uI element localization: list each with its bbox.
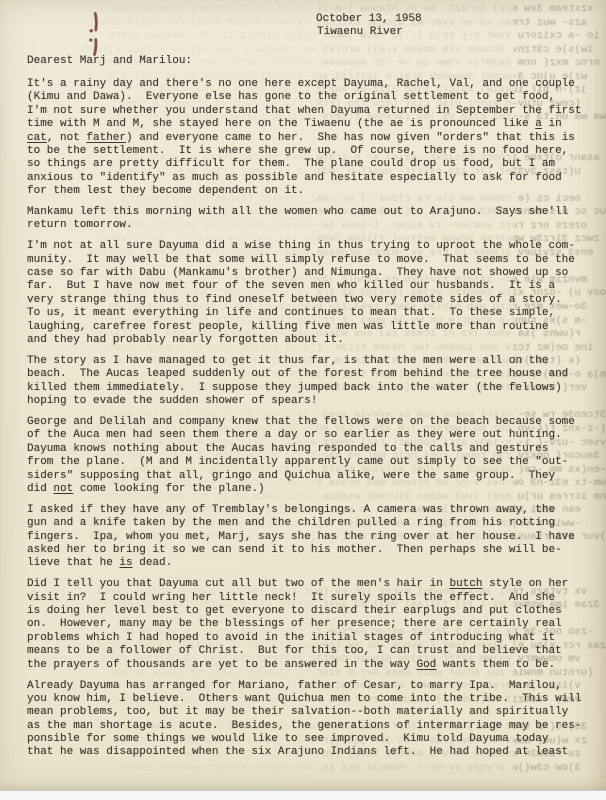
letter-line: problems which I had hoped to avoid in t… [27,632,593,645]
letter-line: return tomorrow. [27,219,593,232]
letter-line: time with M and M, she stayed here on th… [27,118,593,131]
letter-line: killed them immediately. I suppose they … [27,382,593,395]
letter-line: beach. The Aucas leaped suddenly out of … [27,368,593,381]
letter-line: gun and a knife taken by the men and the… [27,517,593,530]
letter-line: Mankamu left this morning with all the w… [27,206,593,219]
letter-line: It's a rainy day and there's no one here… [27,78,593,91]
paragraph: Already Dayuma has arranged for Mariano,… [27,680,593,760]
letter-line: anxious to "identify" as much as possibl… [27,172,593,185]
paragraph: It's a rainy day and there's no one here… [27,78,593,199]
letter-line: from the plane. (M and M incidentally ap… [27,456,593,469]
letter-line: is doing her level best to get everyone … [27,605,593,618]
letter-line: for them lest they become dependent on i… [27,185,593,198]
letter-line: visit in? I could wring her little neck!… [27,592,593,605]
letter-line: and they had probably nearly forgotten a… [27,334,593,347]
letter-line: you know him, I believe. Others want Qui… [27,693,593,706]
letter-line: The story as I have managed to get it th… [27,355,593,368]
letter-line: mean problems, too, but it may be their … [27,706,593,719]
letter-line: I'm not sure whether you understand that… [27,105,593,118]
letter-line: to be the settlement. It is where she gr… [27,145,593,158]
letter-line: ponsible for some things we would like t… [27,733,593,746]
letter-date: October 13, 1958 [316,13,422,25]
paragraph: George and Delilah and company knew that… [27,416,593,496]
letter-line: so things are pretty difficult for them.… [27,158,593,171]
letter-line: hoping to evade the sudden shower of spe… [27,395,593,408]
paragraph: Did I tell you that Dayuma cut all but t… [27,578,593,672]
letter-line: Did I tell you that Dayuma cut all but t… [27,578,593,591]
letter-paper: xzxteam 3xw mc() sn-az3- ow nt ntauuw )-… [0,0,606,790]
letter-line: the prayers of thousands are yet to be a… [27,659,593,672]
letter-line: I asked if they have any of Tremblay's b… [27,504,593,517]
letter-line: I'm not at all sure Dayuma did a wise th… [27,240,593,253]
letter-line: munity. It may well be that some will si… [27,254,593,267]
letter-line: siders" supposing that all, gringo and Q… [27,470,593,483]
letter-line: asked her to bring it so we can send it … [27,544,593,557]
letter-line: Dayuma knows nothing about the Aucas hav… [27,443,593,456]
letter-salutation: Dearest Marj and Marilou: [27,55,192,67]
paragraph: I asked if they have any of Tremblay's b… [27,504,593,571]
letter-line: on. However, many may be the blessings o… [27,618,593,631]
letter-line: Already Dayuma has arranged for Mariano,… [27,680,593,693]
paragraph: The story as I have managed to get it th… [27,355,593,409]
letter-line: case so far with Dabu (Mankamu's brother… [27,267,593,280]
letter-line: lieve that he is dead. [27,557,593,570]
letter-line: means to be a follower of Christ. But fo… [27,645,593,658]
paragraph: Mankamu left this morning with all the w… [27,206,593,233]
scan-background [0,790,606,800]
letter-line: as the man shortage is acute. Besides, t… [27,720,593,733]
letter-line: cat, not father) and everyone came to he… [27,132,593,145]
letter-place: Tiwaenu River [317,26,403,38]
letter-body: It's a rainy day and there's no one here… [27,78,593,767]
letter-line: fingers. Ipa, whom you met, Marj, says s… [27,531,593,544]
paragraph: I'm not at all sure Dayuma did a wise th… [27,240,593,347]
letter-line: of the Auca men had seen them there a da… [27,429,593,442]
letter-line: To us, it meant everything in life and c… [27,307,593,320]
letter-line: far. But I have now met four of the seve… [27,280,593,293]
letter-line: did not come looking for the plane.) [27,483,593,496]
letter-line: George and Delilah and company knew that… [27,416,593,429]
letter-line: laughing, carefree forest people, killin… [27,321,593,334]
letter-line: very strange thing thus to find oneself … [27,294,593,307]
letter-line: that he was disappointed when the six Ar… [27,746,593,759]
letter-line: (Kimu and Dawa). Everyone else has gone … [27,91,593,104]
